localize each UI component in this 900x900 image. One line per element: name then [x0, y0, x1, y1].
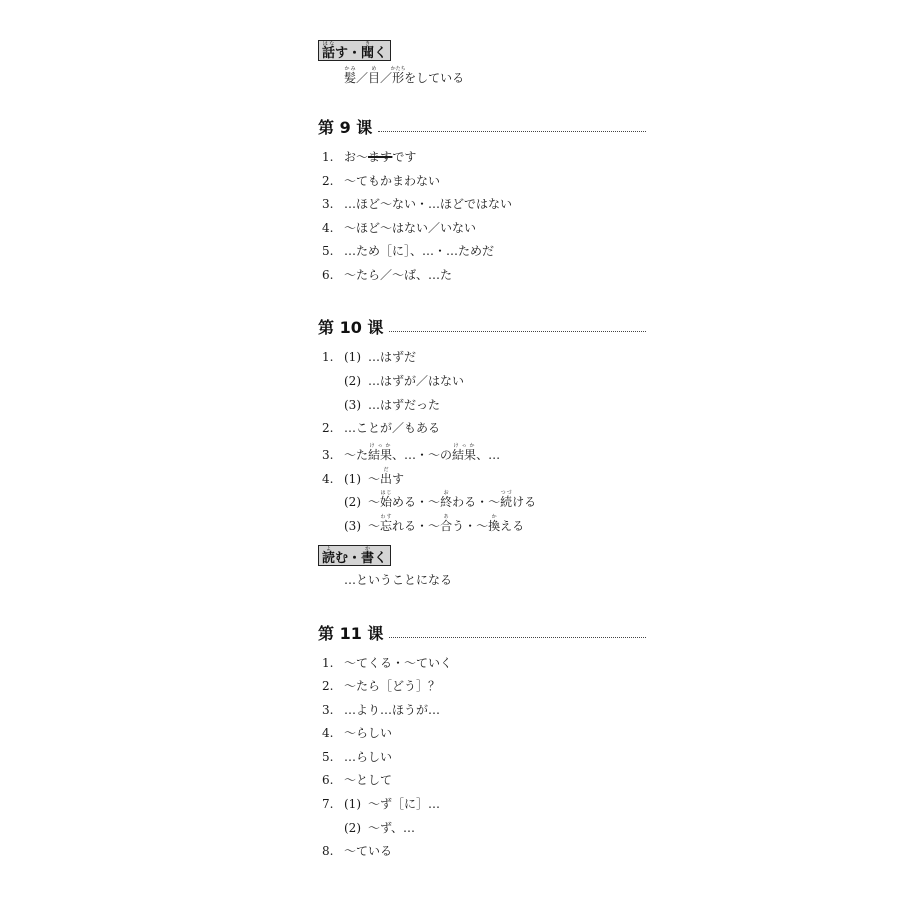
lesson-11-title: 第 11 课	[318, 624, 383, 644]
lesson-10-item-1-2: (2)…はずが／はない	[344, 373, 464, 389]
item-text: …より…ほうが…	[344, 703, 440, 717]
item-text: …ほど～ない・…ほどではない	[344, 197, 512, 211]
text: をしている	[404, 71, 464, 85]
sub-number: (2)	[344, 820, 368, 836]
kanji: 続	[500, 495, 512, 509]
kanji: 終	[440, 495, 452, 509]
item-number: 3.	[322, 702, 344, 718]
furigana: はな	[322, 41, 335, 47]
item-number: 1.	[322, 655, 344, 671]
ruby-kekka: 結果けっか	[452, 448, 476, 462]
ruby-hanasu: 話はな	[322, 46, 335, 61]
item-number: 3.	[322, 447, 344, 463]
item-text: …ため［に］、…・…ためだ	[344, 244, 494, 258]
dotted-leader	[389, 636, 646, 638]
ruby-katachi: 形かたち	[392, 71, 404, 85]
lesson-11-item-5: 5.…らしい	[322, 749, 392, 765]
item-text: ～	[488, 495, 500, 509]
talk-listen-item: 髪かみ／目め／形かたちをしている	[344, 66, 464, 86]
ruby-owaru: 終お	[440, 495, 452, 509]
sub-number: (3)	[344, 397, 368, 413]
item-text: ける	[512, 495, 536, 509]
lesson-9-item-4: 4.～ほど～はない／いない	[322, 220, 476, 236]
ruby-kaku: 書か	[361, 551, 374, 566]
sub-number: (2)	[344, 494, 368, 510]
tag-text: む・	[335, 551, 361, 566]
tag-text: く	[374, 46, 387, 61]
read-write-tag: 読よむ・書かく	[318, 545, 391, 566]
sub-number: (2)	[344, 373, 368, 389]
kanji: 出	[380, 472, 392, 486]
furigana: かみ	[344, 66, 356, 72]
item-number: 5.	[322, 243, 344, 259]
furigana: けっか	[452, 443, 476, 449]
item-number: 4.	[322, 471, 344, 487]
item-text: ～	[428, 495, 440, 509]
ruby-me: 目め	[368, 71, 380, 85]
lesson-11-item-8: 8.～ている	[322, 843, 392, 859]
sub-number: (1)	[344, 796, 368, 812]
item-text: す	[392, 472, 404, 486]
item-number: 6.	[322, 267, 344, 283]
item-text: …らしい	[344, 750, 392, 764]
item-number: 2.	[322, 173, 344, 189]
item-text: ～ず［に］…	[368, 797, 440, 811]
kanji: 忘	[380, 519, 392, 533]
ruby-kekka: 結果けっか	[368, 448, 392, 462]
ruby-hajimeru: 始はじ	[380, 495, 392, 509]
ruby-yomu: 読よ	[322, 551, 335, 566]
lesson-11-item-2: 2.～たら［どう］？	[322, 678, 440, 694]
furigana: だ	[380, 467, 392, 473]
kanji: 髪	[344, 71, 356, 85]
item-text: わる・	[452, 495, 488, 509]
item-text: ～ている	[344, 844, 392, 858]
lesson-10-item-1-1: 1.(1)…はずだ	[322, 349, 416, 365]
item-number: 4.	[322, 220, 344, 236]
kanji: 結果	[368, 448, 392, 462]
item-number: 1.	[322, 349, 344, 365]
lesson-9-title: 第 9 课	[318, 118, 372, 138]
item-text: …はずだ	[368, 350, 416, 364]
kanji: 換	[488, 519, 500, 533]
lesson-10-item-3: 3.～た結果けっか、…・～の結果けっか、…	[322, 443, 500, 463]
kanji: 書	[361, 551, 374, 566]
item-text: ～たら［どう］？	[344, 679, 440, 693]
ruby-kiku: 聞き	[361, 46, 374, 61]
lesson-11-item-1: 1.～てくる・～ていく	[322, 655, 452, 671]
read-write-item: …ということになる	[344, 572, 452, 588]
sub-number: (1)	[344, 471, 368, 487]
item-text: …ということになる	[344, 573, 452, 587]
item-text: ～として	[344, 773, 392, 787]
item-text: れる・	[392, 519, 428, 533]
struck-text: ます	[368, 150, 392, 164]
item-number: 4.	[322, 725, 344, 741]
ruby-dasu: 出だ	[380, 472, 392, 486]
item-text: ～	[368, 495, 380, 509]
item-text: 、…・～の	[392, 448, 452, 462]
kanji: 聞	[361, 46, 374, 61]
lesson-9-item-1: 1.お～ますです	[322, 149, 416, 165]
lesson-10-heading: 第 10 课	[318, 316, 646, 338]
furigana: お	[440, 490, 452, 496]
lesson-10-item-4-1: 4.(1)～出だす	[322, 467, 404, 487]
lesson-11-heading: 第 11 课	[318, 622, 646, 644]
ruby-kaeru: 換か	[488, 519, 500, 533]
dotted-leader	[378, 130, 646, 132]
item-number: 1.	[322, 149, 344, 165]
lesson-10-item-1-3: (3)…はずだった	[344, 397, 440, 413]
item-number: 7.	[322, 796, 344, 812]
ruby-wasureru: 忘わす	[380, 519, 392, 533]
item-text: …ことが／もある	[344, 421, 440, 435]
item-number: 2.	[322, 420, 344, 436]
text: ／	[356, 71, 368, 85]
kanji: 話	[322, 46, 335, 61]
lesson-9-item-2: 2.～てもかまわない	[322, 173, 440, 189]
lesson-11-item-4: 4.～らしい	[322, 725, 392, 741]
item-text: ～てもかまわない	[344, 174, 440, 188]
item-number: 6.	[322, 772, 344, 788]
item-text: ～た	[344, 448, 368, 462]
item-text: お～	[344, 150, 368, 164]
furigana: あ	[440, 514, 452, 520]
item-number: 2.	[322, 678, 344, 694]
furigana: よ	[322, 546, 335, 552]
kanji: 結果	[452, 448, 476, 462]
item-text: ～てくる・～ていく	[344, 656, 452, 670]
sub-number: (3)	[344, 518, 368, 534]
lesson-9-item-3: 3.…ほど～ない・…ほどではない	[322, 196, 512, 212]
talk-listen-tag: 話はなす・聞きく	[318, 40, 391, 61]
kanji: 読	[322, 551, 335, 566]
furigana: き	[361, 41, 374, 47]
item-text: ～たら／～ば、…た	[344, 268, 452, 282]
kanji: 始	[380, 495, 392, 509]
furigana: はじ	[380, 490, 392, 496]
lesson-9-item-6: 6.～たら／～ば、…た	[322, 267, 452, 283]
item-text: ～	[428, 519, 440, 533]
ruby-tsudukeru: 続つづ	[500, 495, 512, 509]
furigana: つづ	[500, 490, 512, 496]
item-text: …はずが／はない	[368, 374, 464, 388]
furigana: め	[368, 66, 380, 72]
item-number: 5.	[322, 749, 344, 765]
item-text: う・	[452, 519, 476, 533]
lesson-10-item-4-2: (2)～始はじめる・～終おわる・～続つづける	[344, 490, 536, 510]
item-text: 、…	[476, 448, 500, 462]
lesson-9-heading: 第 9 课	[318, 116, 646, 138]
lesson-10-item-4-3: (3)～忘わすれる・～合あう・～換かえる	[344, 514, 524, 534]
lesson-10-title: 第 10 课	[318, 318, 383, 338]
sub-number: (1)	[344, 349, 368, 365]
kanji: 合	[440, 519, 452, 533]
lesson-11-item-7-1: 7.(1)～ず［に］…	[322, 796, 440, 812]
furigana: けっか	[368, 443, 392, 449]
lesson-11-item-7-2: (2)～ず、…	[344, 820, 415, 836]
item-text: です	[392, 150, 416, 164]
item-text: ～ず、…	[368, 821, 415, 835]
dotted-leader	[389, 330, 646, 332]
item-text: める・	[392, 495, 428, 509]
item-text: …はずだった	[368, 398, 440, 412]
furigana: か	[361, 546, 374, 552]
item-text: ～ほど～はない／いない	[344, 221, 476, 235]
tag-text: く	[374, 551, 387, 566]
item-text: ～らしい	[344, 726, 392, 740]
ruby-au: 合あ	[440, 519, 452, 533]
item-text: ～	[368, 519, 380, 533]
furigana: か	[488, 514, 500, 520]
item-number: 3.	[322, 196, 344, 212]
furigana: かたち	[391, 66, 406, 72]
item-number: 8.	[322, 843, 344, 859]
item-text: える	[500, 519, 524, 533]
lesson-9-item-5: 5.…ため［に］、…・…ためだ	[322, 243, 494, 259]
ruby-kami: 髪かみ	[344, 71, 356, 85]
tag-text: す・	[335, 46, 361, 61]
item-text: ～	[476, 519, 488, 533]
item-text: ～	[368, 472, 380, 486]
kanji: 目	[368, 71, 380, 85]
lesson-11-item-6: 6.～として	[322, 772, 392, 788]
lesson-10-item-2: 2.…ことが／もある	[322, 420, 440, 436]
lesson-11-item-3: 3.…より…ほうが…	[322, 702, 440, 718]
furigana: わす	[380, 514, 392, 520]
